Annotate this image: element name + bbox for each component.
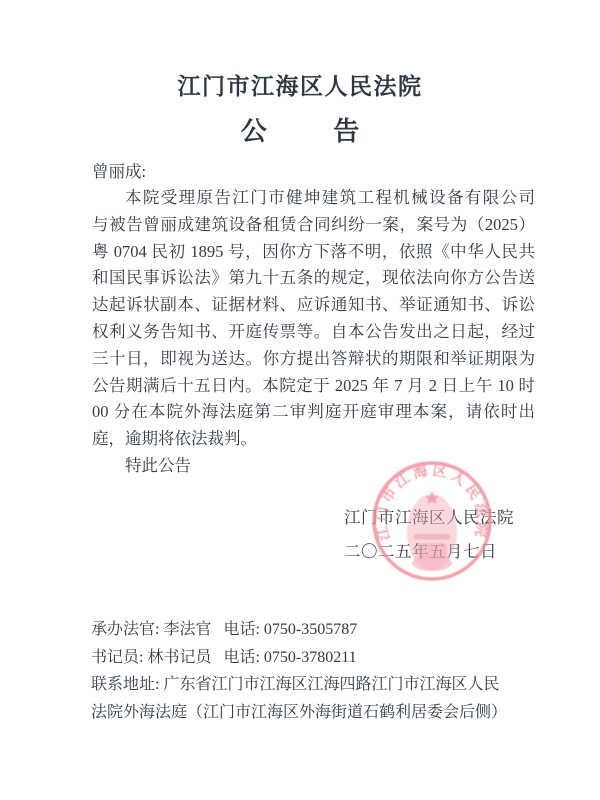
body-line: 公告期满后十五日内。本院定于 2025 年 7 月 2 日上午 10 时 [92,373,535,400]
body-line: 本院受理原告江门市健坤建筑工程机械设备有限公司 [92,185,535,212]
footer-line: 法院外海法庭（江门市江海区外海街道石鹤利居委会后侧） [91,699,551,727]
addressee-name: 曾丽成: [92,158,146,185]
body-line: 三十日，即视为送达。你方提出答辩状的期限和举证期限为 [92,346,535,373]
body-line: 00 分在本院外海法庭第二审判庭开庭审理本案，请依时出 [92,399,535,426]
signoff-court-name: 江门市江海区人民法院 [344,501,514,535]
body-line: 与被告曾丽成建筑设备租赁合同纠纷一案，案号为（2025） [92,212,535,239]
footer-line: 联系地址: 广东省江门市江海区江海四路江门市江海区人民 [91,671,551,699]
body-line: 达起诉状副本、证据材料、应诉通知书、举证通知书、诉讼 [92,292,535,319]
body-line: 粤 0704 民初 1895 号，因你方下落不明，依照《中华人民共 [92,239,535,266]
body-line: 权利义务告知书、开庭传票等。自本公告发出之日起，经过 [92,319,535,346]
signoff-block: 江门市江海区人民法院 二〇二五年五月七日 [344,501,514,569]
body-line: 特此公告 [92,453,535,480]
notice-body: 本院受理原告江门市健坤建筑工程机械设备有限公司与被告曾丽成建筑设备租赁合同纠纷一… [92,185,535,480]
body-line: 和国民事诉讼法》第九十五条的规定，现依法向你方公告送 [92,265,535,292]
court-title: 江门市江海区人民法院 [0,68,600,101]
notice-title: 公 告 [0,111,600,148]
footer-line: 承办法官: 李法官 电话: 0750-3505787 [91,616,551,644]
signoff-date: 二〇二五年五月七日 [344,535,514,569]
body-line: 庭，逾期将依法裁判。 [92,426,535,453]
footer-line: 书记员: 林书记员 电话: 0750-3780211 [91,644,551,672]
contact-info: 承办法官: 李法官 电话: 0750-3505787书记员: 林书记员 电话: … [91,616,551,726]
court-notice-document: 江门市江海区人民法院 公 告 曾丽成: 本院受理原告江门市健坤建筑工程机械设备有… [0,0,600,800]
